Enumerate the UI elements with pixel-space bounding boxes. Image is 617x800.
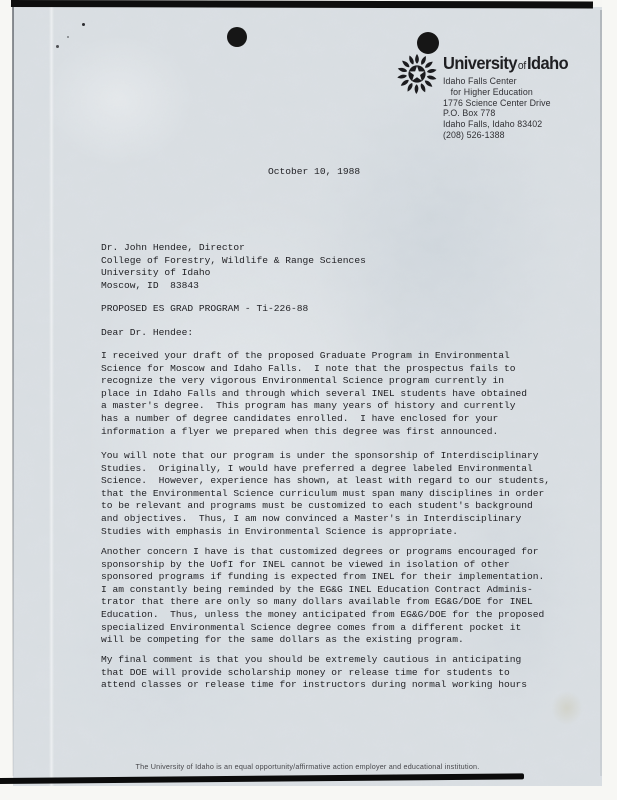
university-name-part: of <box>518 60 526 72</box>
paper-stain <box>546 685 588 731</box>
subject-line: PROPOSED ES GRAD PROGRAM - Ti-226-88 <box>101 303 308 316</box>
body-paragraph: Another concern I have is that customize… <box>101 546 544 647</box>
letterhead-address-block: Idaho Falls Center for Higher Education … <box>443 76 551 141</box>
body-paragraph: My final comment is that you should be e… <box>101 654 527 692</box>
hole-punch-mark <box>227 27 247 47</box>
university-name: University of Idaho <box>443 53 568 74</box>
university-name-part: University <box>443 53 517 74</box>
recipient-address-block: Dr. John Hendee, Director College of For… <box>101 242 366 292</box>
scan-margin-bottom <box>0 786 617 800</box>
scanned-letter-screenshot: University of Idaho Idaho Falls Center f… <box>0 0 617 800</box>
university-name-part: Idaho <box>527 53 568 74</box>
paper-edge-shadow-right <box>600 10 602 776</box>
body-paragraph: I received your draft of the proposed Gr… <box>101 350 527 438</box>
paper-fold-crease <box>49 7 54 786</box>
paper-edge-shadow-left <box>12 4 14 776</box>
ink-speck <box>56 45 59 48</box>
salutation: Dear Dr. Hendee: <box>101 327 193 340</box>
letter-date: October 10, 1988 <box>268 166 360 179</box>
equal-opportunity-footer: The University of Idaho is an equal oppo… <box>13 762 602 771</box>
letter-paper: University of Idaho Idaho Falls Center f… <box>13 7 602 786</box>
ink-speck <box>82 23 85 26</box>
scan-margin-right <box>602 0 617 800</box>
ink-speck <box>67 36 69 38</box>
university-of-idaho-sunburst-star-logo-icon <box>395 51 439 97</box>
body-paragraph: You will note that our program is under … <box>101 450 550 538</box>
